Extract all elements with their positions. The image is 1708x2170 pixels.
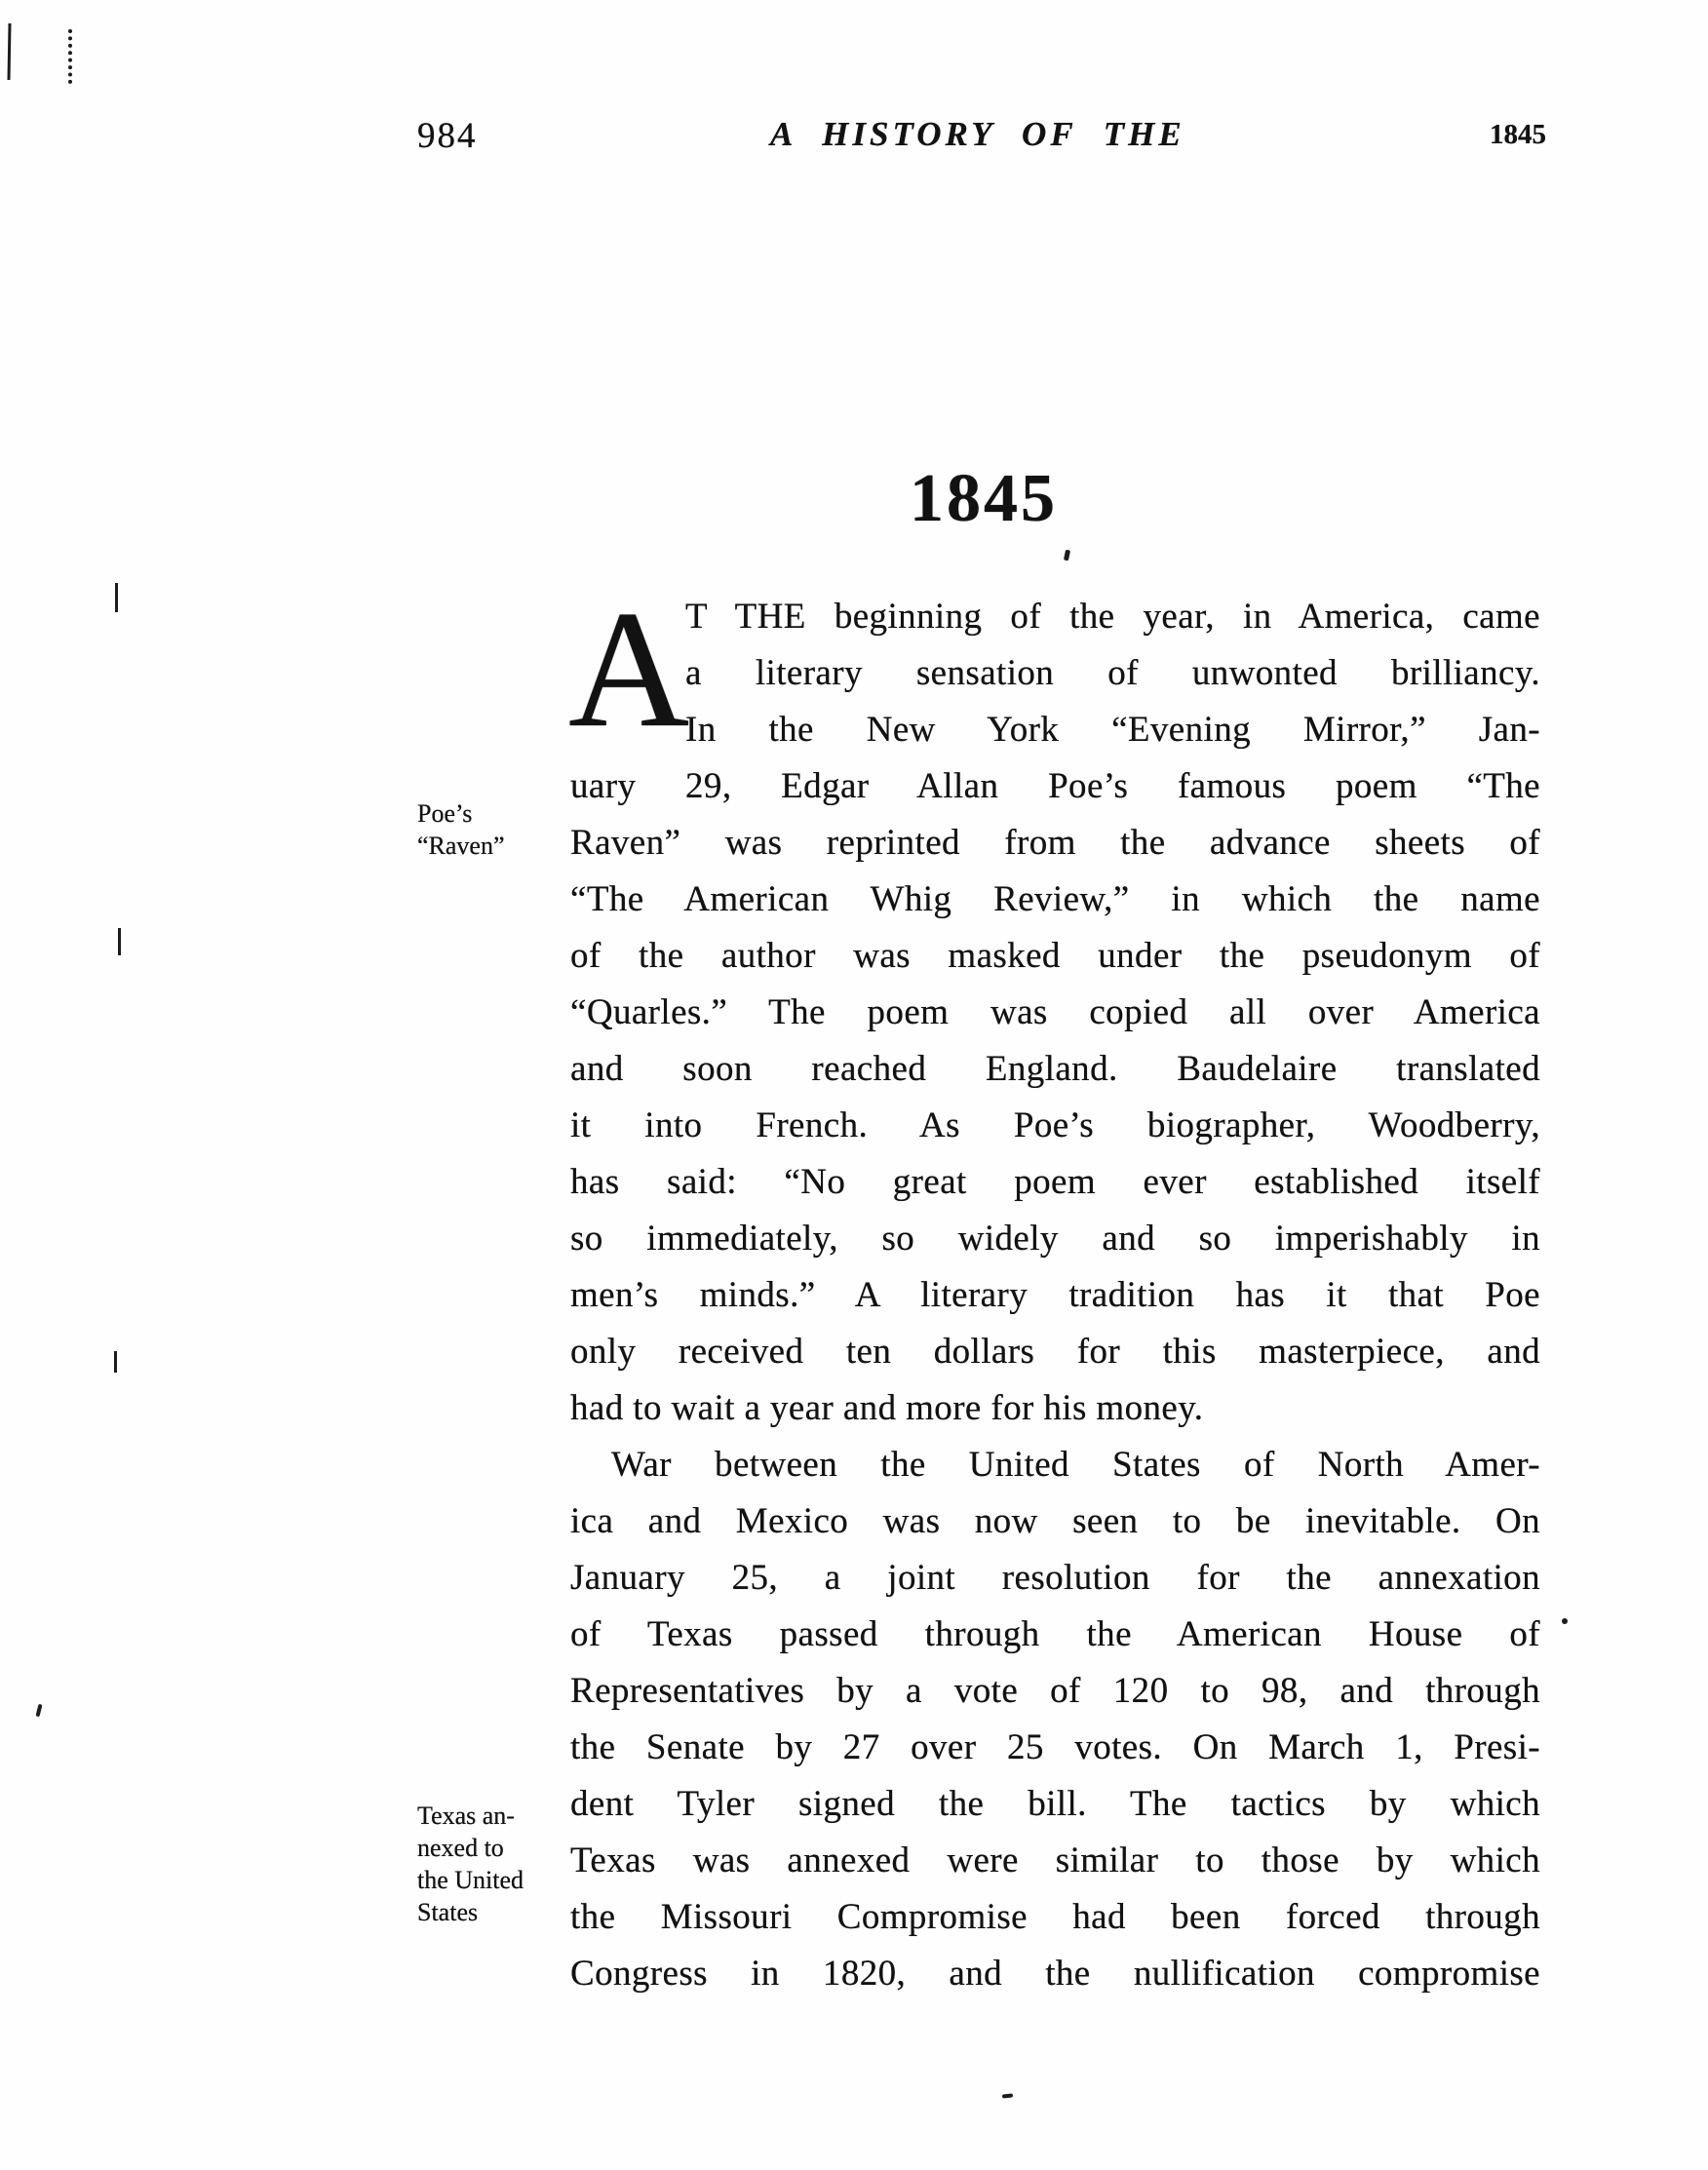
scan-artifact (118, 928, 121, 955)
body-line: “The American Whig Review,” in which the… (570, 872, 1540, 928)
body-line: ica and Mexico was now seen to be inevit… (570, 1493, 1540, 1550)
sidenote-line: Texas an- (417, 1800, 573, 1832)
body-line: men’s minds.” A literary tradition has i… (570, 1267, 1540, 1324)
body-line: Texas was annexed were similar to those … (570, 1833, 1540, 1889)
scan-artifact (1064, 550, 1070, 562)
body-line: January 25, a joint resolution for the a… (570, 1550, 1540, 1607)
body-line: T THE beginning of the year, in America,… (570, 589, 1540, 645)
running-title: A HISTORY OF THE (770, 115, 1185, 154)
scan-artifact (35, 1704, 42, 1718)
sidenote-line: Poe’s (417, 797, 573, 830)
body-line: the Senate by 27 over 25 votes. On March… (570, 1720, 1540, 1776)
sidenote-line: the United (417, 1864, 573, 1896)
scan-artifact (114, 1351, 117, 1373)
sidenote-line: nexed to (417, 1832, 573, 1864)
body-line: Raven” was reprinted from the advance sh… (570, 815, 1540, 872)
body-line: “Quarles.” The poem was copied all over … (570, 985, 1540, 1041)
body-line: of the author was masked under the pseud… (570, 928, 1540, 985)
scan-artifact (1562, 1618, 1568, 1624)
body-line: uary 29, Edgar Allan Poe’s famous poem “… (570, 758, 1540, 815)
header-year: 1845 (1490, 119, 1546, 151)
body-line: Congress in 1820, and the nullification … (570, 1946, 1540, 2002)
body-line: dent Tyler signed the bill. The tactics … (570, 1776, 1540, 1833)
scan-artifact (7, 23, 11, 80)
body-line: had to wait a year and more for his mone… (570, 1380, 1540, 1437)
body-line: of Texas passed through the American Hou… (570, 1607, 1540, 1663)
sidenote-texas-annexed: Texas an-nexed tothe UnitedStates (417, 1800, 573, 1928)
book-page: 984 A HISTORY OF THE 1845 1845 Poe’s“Rav… (0, 0, 1708, 2170)
body-line: has said: “No great poem ever establishe… (570, 1154, 1540, 1211)
sidenote-poes-raven: Poe’s“Raven” (417, 797, 573, 862)
body-line: and soon reached England. Baudelaire tra… (570, 1041, 1540, 1098)
body-text: T THE beginning of the year, in America,… (570, 589, 1540, 2002)
body-line: War between the United States of North A… (570, 1437, 1540, 1493)
body-line: a literary sensation of unwonted brillia… (570, 645, 1540, 702)
body-line: it into French. As Poe’s biographer, Woo… (570, 1098, 1540, 1154)
scan-artifact (115, 583, 118, 612)
scan-artifact (1002, 2093, 1013, 2098)
page-number: 984 (417, 115, 478, 157)
body-line: only received ten dollars for this maste… (570, 1324, 1540, 1380)
sidenote-line: States (417, 1896, 573, 1928)
body-line: the Missouri Compromise had been forced … (570, 1889, 1540, 1946)
body-line: Representatives by a vote of 120 to 98, … (570, 1663, 1540, 1720)
sidenote-line: “Raven” (417, 830, 573, 862)
body-line: In the New York “Evening Mirror,” Jan- (570, 702, 1540, 758)
body-line: so immediately, so widely and so imperis… (570, 1211, 1540, 1267)
scan-artifact (68, 29, 76, 84)
chapter-title: 1845 (910, 460, 1058, 538)
